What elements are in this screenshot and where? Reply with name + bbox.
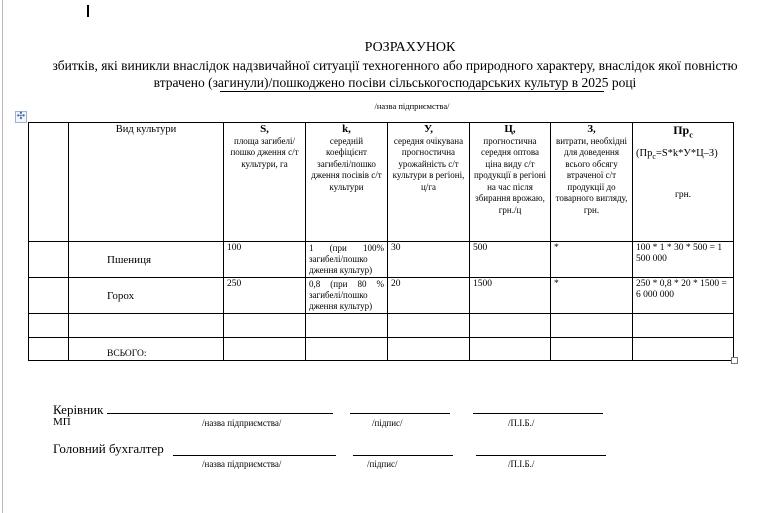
cell-total-s[interactable] bbox=[224, 338, 306, 361]
cell-c[interactable]: 1500 bbox=[470, 278, 551, 314]
head-signature-line[interactable] bbox=[350, 413, 450, 414]
window-left-border bbox=[2, 0, 3, 513]
cell-empty[interactable] bbox=[633, 314, 734, 338]
accountant-label: Головний бухгалтер bbox=[53, 441, 164, 456]
header-u: У,середня очікувана прогностична урожайн… bbox=[388, 123, 470, 242]
table-row: Пшениця 100 1 (при 100% загибелі/пошко д… bbox=[29, 242, 734, 278]
cell-empty[interactable] bbox=[29, 314, 69, 338]
damage-calculation-table: Вид культури S,площа загибелі/пошко джен… bbox=[28, 122, 734, 361]
header-k: k,середній коефіцієнт загибелі/пошко дже… bbox=[306, 123, 388, 242]
stamp-label: МП bbox=[53, 415, 71, 430]
header-prc: Прс (Прс=S*k*У*Ц–З) грн. bbox=[633, 123, 734, 242]
head-signature-caption: /підпис/ bbox=[372, 418, 403, 428]
cell-empty[interactable] bbox=[470, 314, 551, 338]
head-enterprise-line[interactable] bbox=[107, 413, 333, 414]
table-move-handle-icon[interactable]: ✣ bbox=[15, 111, 27, 123]
table-resize-handle-icon[interactable] bbox=[731, 357, 738, 364]
cell-number[interactable] bbox=[29, 242, 69, 278]
table-header-row: Вид культури S,площа загибелі/пошко джен… bbox=[29, 123, 734, 242]
cell-empty[interactable] bbox=[69, 314, 224, 338]
cell-u[interactable]: 20 bbox=[388, 278, 470, 314]
head-name-caption: /П.І.Б./ bbox=[508, 418, 534, 428]
cell-empty[interactable] bbox=[29, 338, 69, 361]
header-s: S,площа загибелі/пошко дження с/т культу… bbox=[224, 123, 306, 242]
cell-number[interactable] bbox=[29, 278, 69, 314]
header-number bbox=[29, 123, 69, 242]
enterprise-name-line[interactable] bbox=[220, 91, 604, 92]
cell-k[interactable]: 1 (при 100% загибелі/пошко дження культу… bbox=[306, 242, 388, 278]
cell-empty[interactable] bbox=[224, 314, 306, 338]
subtitle-line-2: втрачено (загинули)/пошкоджено посіви сі… bbox=[30, 74, 760, 91]
accountant-signature-caption: /підпис/ bbox=[367, 459, 398, 469]
subtitle-line-1: збитків, які виникли внаслідок надзвичай… bbox=[30, 57, 760, 74]
accountant-name-caption: /П.І.Б./ bbox=[508, 459, 534, 469]
cell-total-c[interactable] bbox=[470, 338, 551, 361]
head-enterprise-caption: /назва підприємства/ bbox=[202, 418, 281, 428]
enterprise-name-caption: /назва підприємства/ bbox=[220, 101, 604, 111]
cell-empty[interactable] bbox=[551, 314, 633, 338]
total-label: ВСЬОГО: bbox=[69, 338, 224, 361]
accountant-signature-line[interactable] bbox=[353, 455, 453, 456]
cell-s[interactable]: 100 bbox=[224, 242, 306, 278]
cell-empty[interactable] bbox=[306, 314, 388, 338]
cell-z[interactable]: * bbox=[551, 278, 633, 314]
table-row: Горох 250 0,8 (при 80 % загибелі/пошко д… bbox=[29, 278, 734, 314]
header-crop: Вид культури bbox=[69, 123, 224, 242]
cell-total-k[interactable] bbox=[306, 338, 388, 361]
accountant-name-line[interactable] bbox=[476, 455, 606, 456]
table-total-row: ВСЬОГО: bbox=[29, 338, 734, 361]
cell-total-prc[interactable] bbox=[633, 338, 734, 361]
cell-z[interactable]: * bbox=[551, 242, 633, 278]
document-title: РОЗРАХУНОК bbox=[0, 40, 770, 56]
table-row-empty bbox=[29, 314, 734, 338]
cell-crop[interactable]: Горох bbox=[69, 278, 224, 314]
cell-total-z[interactable] bbox=[551, 338, 633, 361]
accountant-enterprise-caption: /назва підприємства/ bbox=[202, 459, 281, 469]
header-z: З,витрати, необхідні для доведення всьог… bbox=[551, 123, 633, 242]
header-c: Ц,прогностична середня оптова ціна виду … bbox=[470, 123, 551, 242]
head-name-line[interactable] bbox=[473, 413, 603, 414]
cell-crop[interactable]: Пшениця bbox=[69, 242, 224, 278]
accountant-enterprise-line[interactable] bbox=[173, 455, 336, 456]
cell-total-u[interactable] bbox=[388, 338, 470, 361]
cell-s[interactable]: 250 bbox=[224, 278, 306, 314]
cell-empty[interactable] bbox=[388, 314, 470, 338]
cell-c[interactable]: 500 bbox=[470, 242, 551, 278]
text-cursor bbox=[87, 5, 89, 17]
cell-prc[interactable]: 100 * 1 * 30 * 500 = 1 500 000 bbox=[633, 242, 734, 278]
document-subtitle: збитків, які виникли внаслідок надзвичай… bbox=[30, 57, 760, 91]
cell-prc[interactable]: 250 * 0,8 * 20 * 1500 = 6 000 000 bbox=[633, 278, 734, 314]
cell-u[interactable]: 30 bbox=[388, 242, 470, 278]
cell-k[interactable]: 0,8 (при 80 % загибелі/пошко дження куль… bbox=[306, 278, 388, 314]
